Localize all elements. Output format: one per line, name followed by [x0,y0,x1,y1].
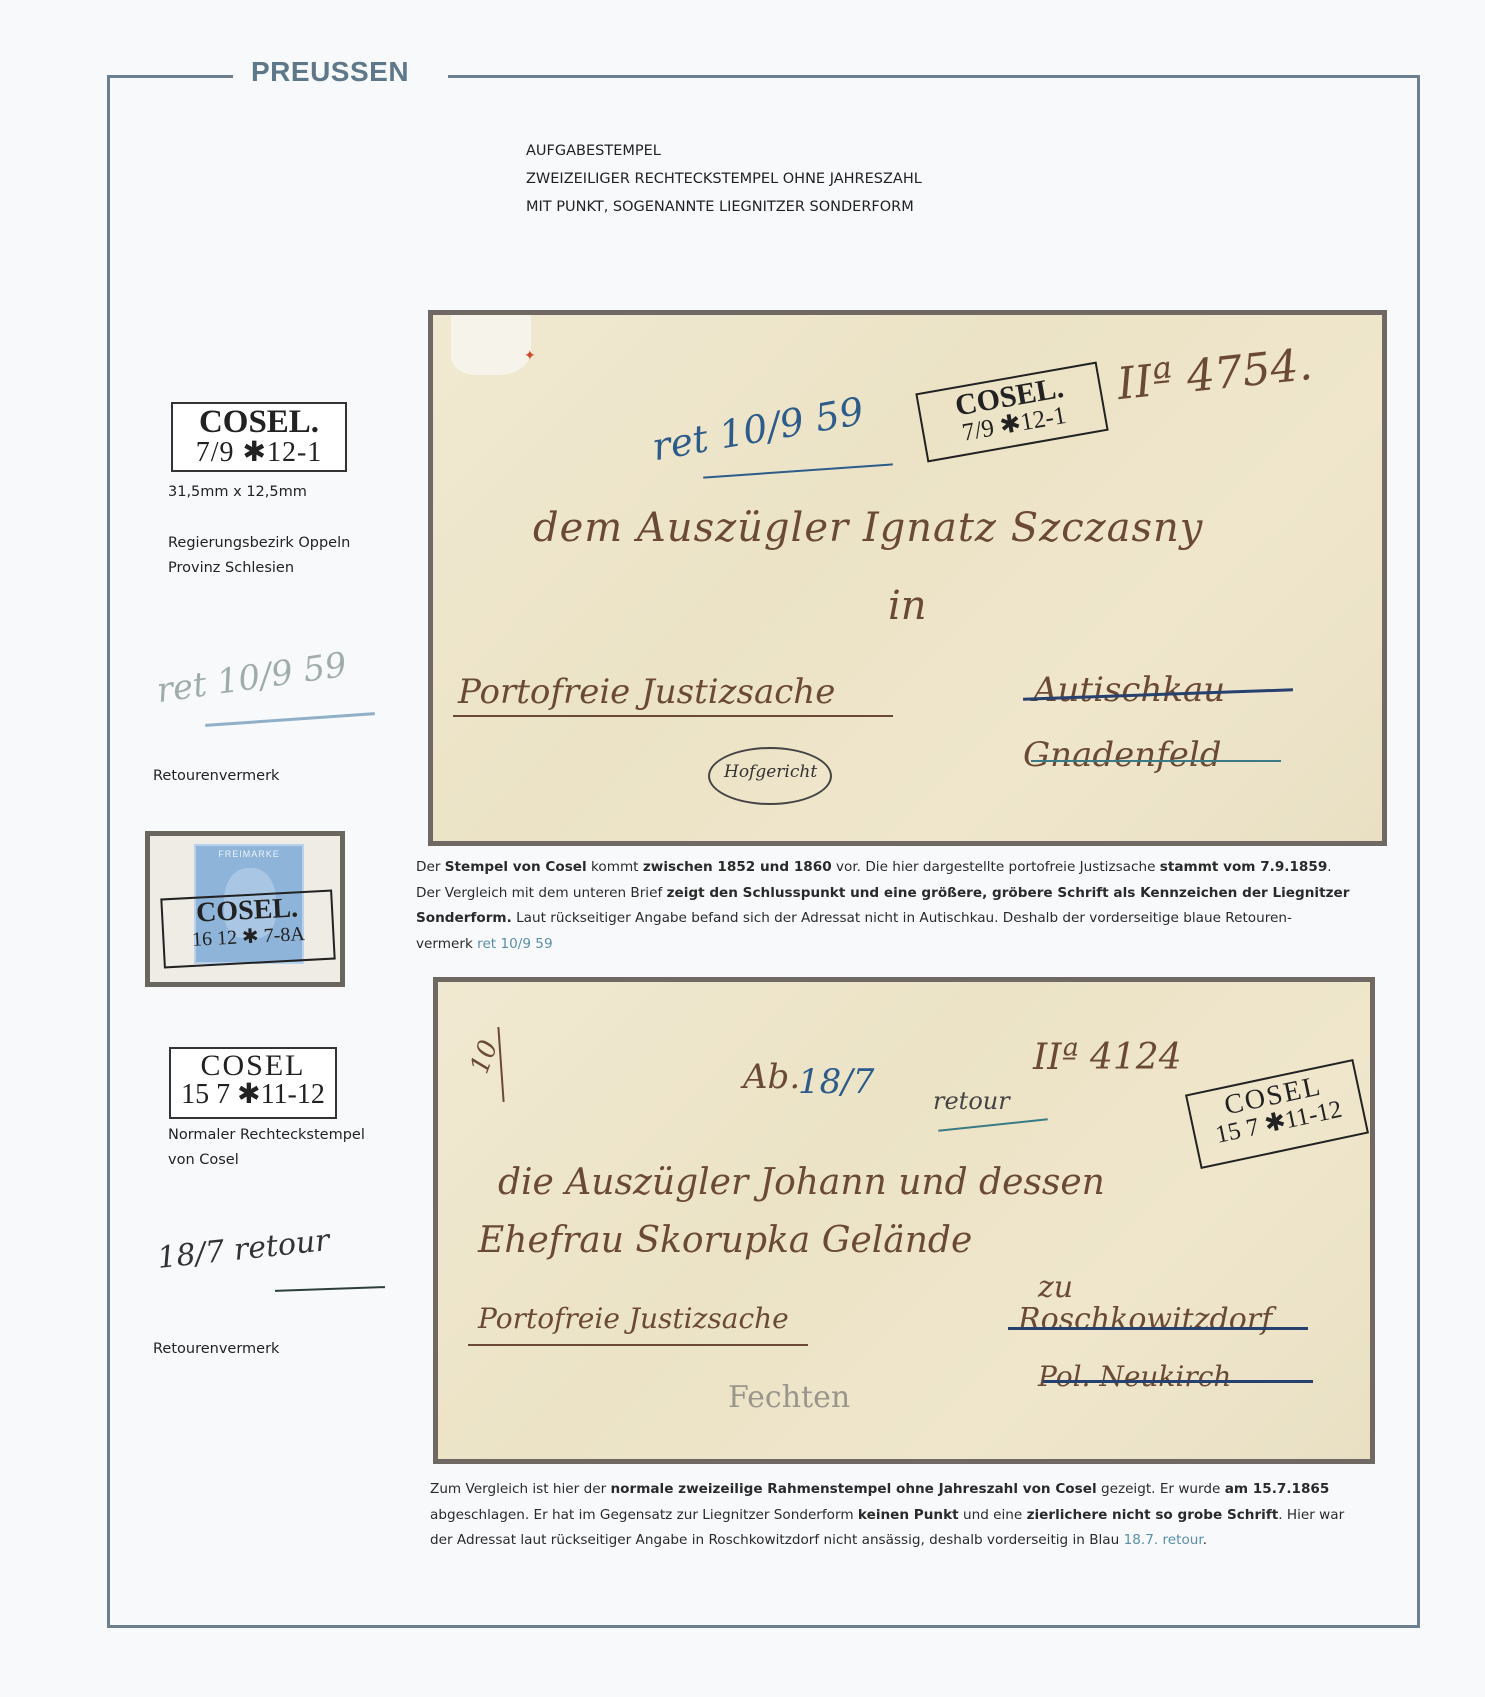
registration-number: IIª 4124 [1033,1037,1182,1078]
original-destination: Roschkowitzdorf [1018,1302,1272,1337]
retour-note: ret 10/9 59 [649,389,867,469]
registration-number: IIª 4754. [1115,339,1315,410]
frame-top-right-rule [448,75,1420,78]
region-label: Regierungsbezirk Oppeln [168,531,350,556]
caption-line: Sonderform. Laut rückseitiger Angabe bef… [416,906,1349,932]
red-mark: ✦ [524,347,536,364]
destination-strikethrough [1008,1327,1308,1330]
cosel-cancellation: COSEL. 16 12 ✱ 7-8A [160,890,335,969]
caption-letter-1865: Zum Vergleich ist hier der normale zweiz… [430,1477,1344,1554]
abbrev-note: Ab. [743,1057,800,1097]
caption-line: Zum Vergleich ist hier der normale zweiz… [430,1477,1344,1503]
caption-line: abgeschlagen. Er hat im Gegensatz zur Li… [430,1503,1344,1529]
cosel-normal-cancel: COSEL 15 7 ✱11-12 [1185,1059,1369,1169]
paper-wear-spot [451,315,531,375]
note-underline [468,1344,808,1346]
district-strikethrough [1043,1380,1313,1383]
retour-label: Retourenvermerk [153,764,279,789]
stamp-date: 7/9 ✱12-1 [173,439,345,467]
address-line: zu [1038,1270,1073,1305]
oval-court-stamp: Hofgericht [708,747,832,805]
caption-line: Der Vergleich mit dem unteren Brief zeig… [416,881,1349,907]
normal-stamp-illustration: COSEL 15 7 ✱11-12 [169,1047,337,1119]
heading-line: ZWEIZEILIGER RECHTECKSTEMPEL OHNE JAHRES… [526,165,922,193]
page-title: PREUSSEN [251,56,409,88]
stamp-town: COSEL. [173,406,345,439]
cover-letter-1865: 10 Ab. 18/7 retour IIª 4124 COSEL 15 7 ✱… [433,977,1375,1464]
pen-stroke [497,1027,504,1102]
retour-word: retour [933,1087,1010,1115]
stamp-size-label: 31,5mm x 12,5mm [168,480,307,505]
caption-line: vermerk ret 10/9 59 [416,932,1349,958]
stamp-date: 15 7 ✱11-12 [171,1081,335,1109]
address-line: in [888,583,927,629]
address-line: dem Auszügler Ignatz Szczasny [533,505,1203,551]
retour-label-2: Retourenvermerk [153,1337,279,1362]
retour-underline [703,463,893,478]
province-label: Provinz Schlesien [168,556,294,581]
retour-date: 18/7 [798,1062,874,1102]
retour-underline [938,1118,1048,1131]
normal-stamp-label: Normaler Rechteckstempel [168,1123,365,1148]
caption-letter-1859: Der Stempel von Cosel kommt zwischen 185… [416,855,1349,957]
stamp-town: COSEL [171,1051,335,1081]
address-line: Ehefrau Skorupka Gelände [478,1220,972,1261]
caption-line: Der Stempel von Cosel kommt zwischen 185… [416,855,1349,881]
stamp-on-piece-image: FREIMARKE COSEL. 16 12 ✱ 7-8A [145,831,345,987]
frame-top-left-rule [107,75,233,78]
official-matter-note: Portofreie Justizsache [478,1302,789,1335]
cover-letter-1859: ✦ COSEL. 7/9 ✱12-1 IIª 4754. ret 10/9 59… [428,310,1387,846]
normal-stamp-label: von Cosel [168,1148,239,1173]
faint-arrival-stamp: Fechten [728,1380,850,1415]
caption-line: der Adressat laut rückseitiger Angabe in… [430,1528,1344,1554]
cosel-liegnitz-cancel: COSEL. 7/9 ✱12-1 [915,362,1108,463]
original-destination: Autischkau [1033,670,1225,710]
heading-line: MIT PUNKT, SOGENANNTE LIEGNITZER SONDERF… [526,193,922,221]
heading-line: AUFGABESTEMPEL [526,137,922,165]
official-matter-note: Portofreie Justizsache [458,672,835,712]
address-line: die Auszügler Johann und dessen [498,1162,1105,1203]
liegnitz-stamp-illustration: COSEL. 7/9 ✱12-1 [171,402,347,472]
section-heading: AUFGABESTEMPEL ZWEIZEILIGER RECHTECKSTEM… [526,137,922,221]
new-destination: Gnadenfeld [1023,735,1221,775]
district-name: Pol. Neukirch [1038,1360,1231,1393]
destination-strikethrough [1031,760,1281,762]
note-underline [453,715,893,717]
